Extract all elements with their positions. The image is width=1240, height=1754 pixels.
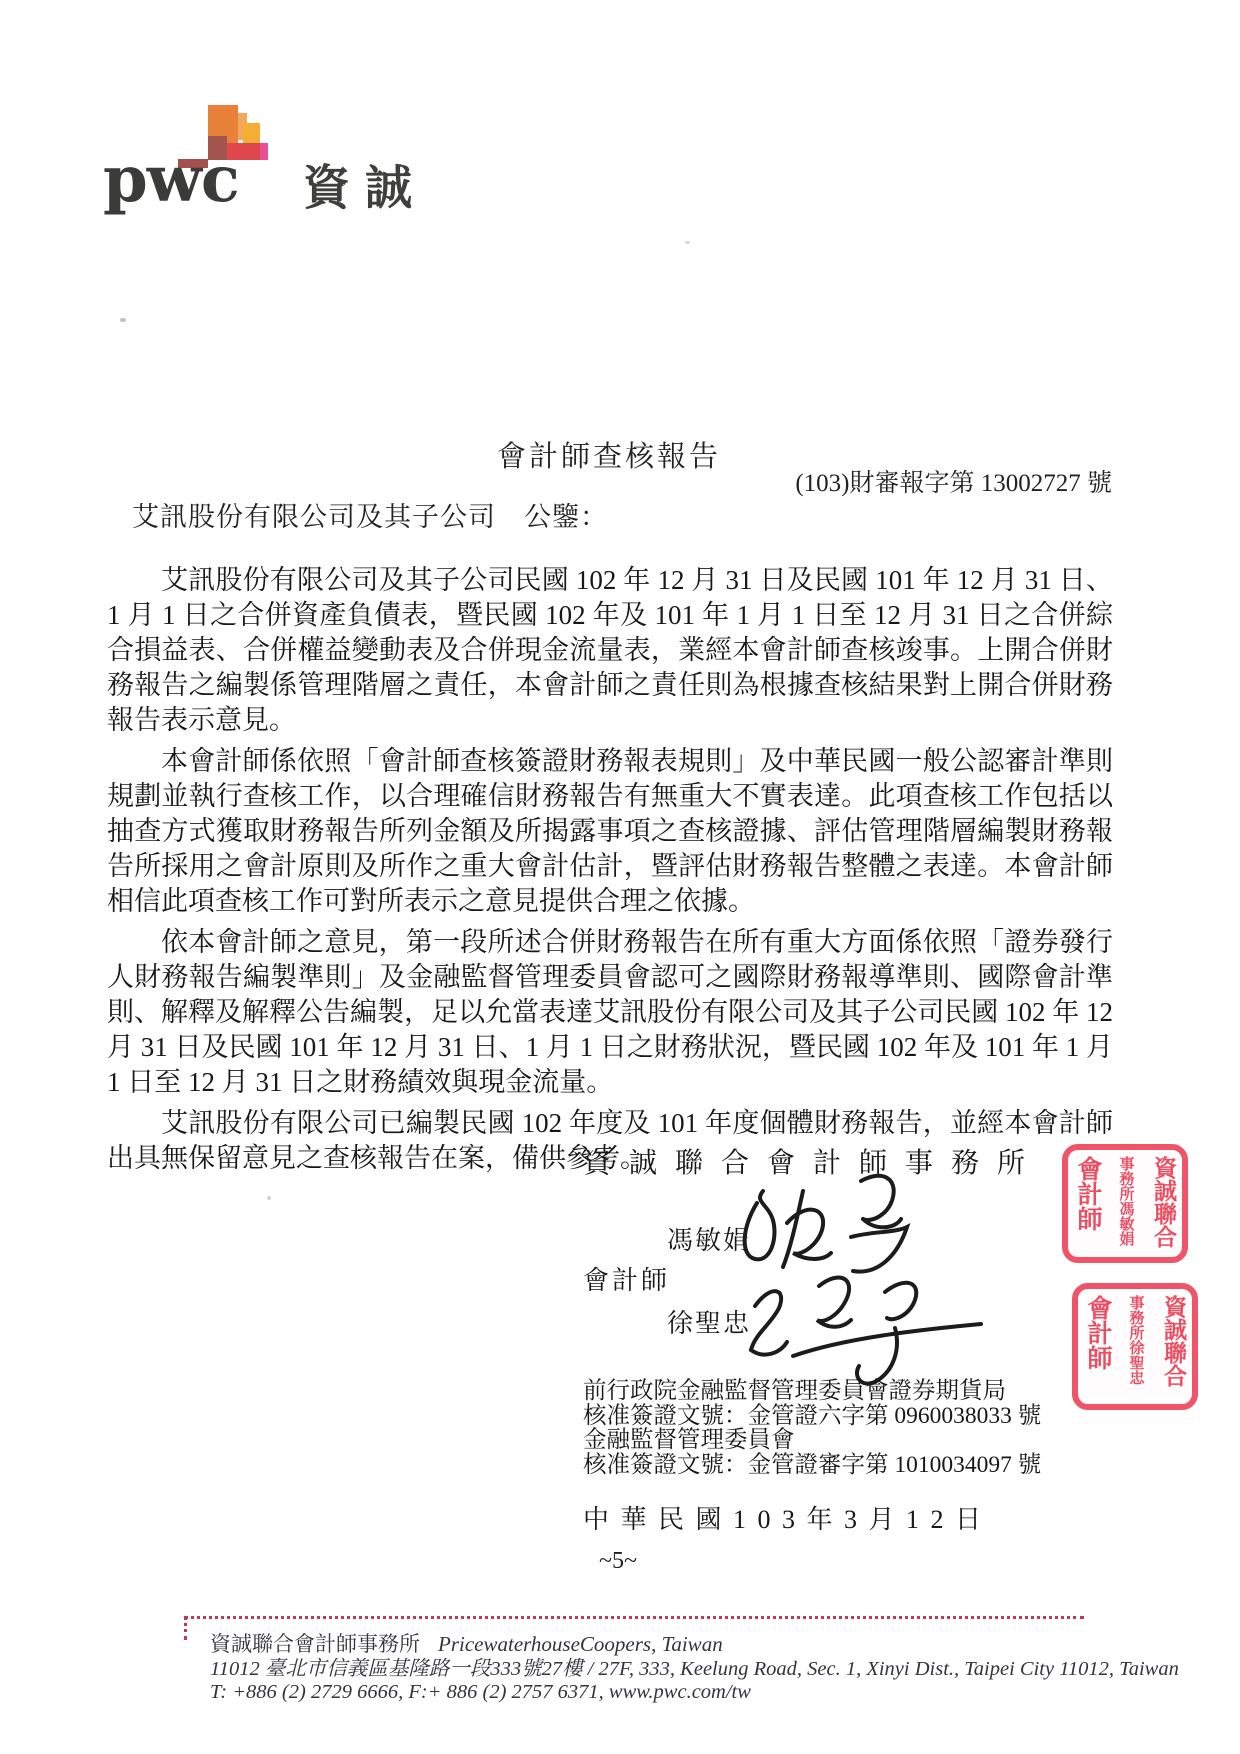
date-line: 中 華 民 國 1 0 3 年 3 月 1 2 日 <box>583 1499 981 1536</box>
logo-block-pink <box>260 143 268 160</box>
seal-col: 資誠聯合 <box>1151 1156 1174 1251</box>
logo-block-yellow <box>243 123 260 145</box>
approval-block: 前行政院金融監督管理委員會證券期貨局 核准簽證文號：金管證六字第 0960038… <box>583 1379 1041 1477</box>
body-paragraph-1: 艾訊股份有限公司及其子公司民國 102 年 12 月 31 日及民國 101 年… <box>107 563 1113 738</box>
scan-speck <box>267 1196 271 1200</box>
scan-speck <box>685 241 690 244</box>
seal-col: 事務所徐聖忠 <box>1129 1295 1144 1398</box>
pwc-wordmark: pwc <box>103 148 239 212</box>
scan-speck <box>120 318 126 322</box>
footer-firm-en: PricewaterhouseCoopers, Taiwan <box>438 1632 723 1656</box>
footer-divider <box>184 1616 1084 1619</box>
approval-line-3: 金融監督管理委員會 <box>583 1428 1041 1453</box>
footer-contact: T: +886 (2) 2729 6666, F:+ 886 (2) 2757 … <box>210 1681 1170 1704</box>
signature-hsu <box>733 1258 993 1398</box>
footer-firm-line: 資誠聯合會計師事務所 PricewaterhouseCoopers, Taiwa… <box>210 1633 1170 1658</box>
body-paragraph-3: 依本會計師之意見，第一段所述合併財務報告在所有重大方面係依照「證券發行人財務報告… <box>107 925 1113 1100</box>
footer-firm-zh: 資誠聯合會計師事務所 <box>210 1632 420 1656</box>
addressee-line: 艾訊股份有限公司及其子公司 公鑒： <box>132 495 608 534</box>
seal-col: 會計師 <box>1086 1295 1111 1398</box>
seal-col: 資誠聯合 <box>1161 1295 1184 1398</box>
page-number: ~5~ <box>599 1548 637 1575</box>
seal-feng: 資誠聯合 事務所馮敏娟 會計師 <box>1062 1144 1188 1263</box>
footer-divider-stub <box>184 1616 187 1640</box>
reference-number: (103)財審報字第 13002727 號 <box>795 463 1112 499</box>
footer-address: 11012 臺北市信義區基隆路一段333號27樓 / 27F, 333, Kee… <box>210 1658 1170 1681</box>
approval-line-1: 前行政院金融監督管理委員會證券期貨局 <box>583 1379 1041 1404</box>
seal-col: 事務所馮敏娟 <box>1119 1156 1134 1251</box>
report-title: 會計師查核報告 <box>497 434 721 475</box>
accountant-label: 會計師 <box>583 1260 670 1297</box>
report-body: 艾訊股份有限公司及其子公司民國 102 年 12 月 31 日及民國 101 年… <box>107 563 1113 1182</box>
seal-feng-text: 資誠聯合 事務所馮敏娟 會計師 <box>1076 1156 1174 1251</box>
approval-line-4: 核准簽證文號：金管證審字第 1010034097 號 <box>583 1453 1041 1478</box>
audit-report-page: pwc 資誠 會計師查核報告 (103)財審報字第 13002727 號 艾訊股… <box>0 0 1240 1754</box>
seal-col: 會計師 <box>1076 1156 1101 1251</box>
approval-line-2: 核准簽證文號：金管證六字第 0960038033 號 <box>583 1404 1041 1429</box>
firm-cjk-logo: 資誠 <box>303 163 427 215</box>
signature-hsu-ink <box>733 1258 993 1398</box>
footer: 資誠聯合會計師事務所 PricewaterhouseCoopers, Taiwa… <box>210 1633 1170 1704</box>
body-paragraph-2: 本會計師係依照「會計師查核簽證財務報表規則」及中華民國一般公認審計準則規劃並執行… <box>107 744 1113 919</box>
seal-hsu-text: 資誠聯合 事務所徐聖忠 會計師 <box>1086 1295 1184 1398</box>
seal-hsu: 資誠聯合 事務所徐聖忠 會計師 <box>1072 1283 1198 1410</box>
